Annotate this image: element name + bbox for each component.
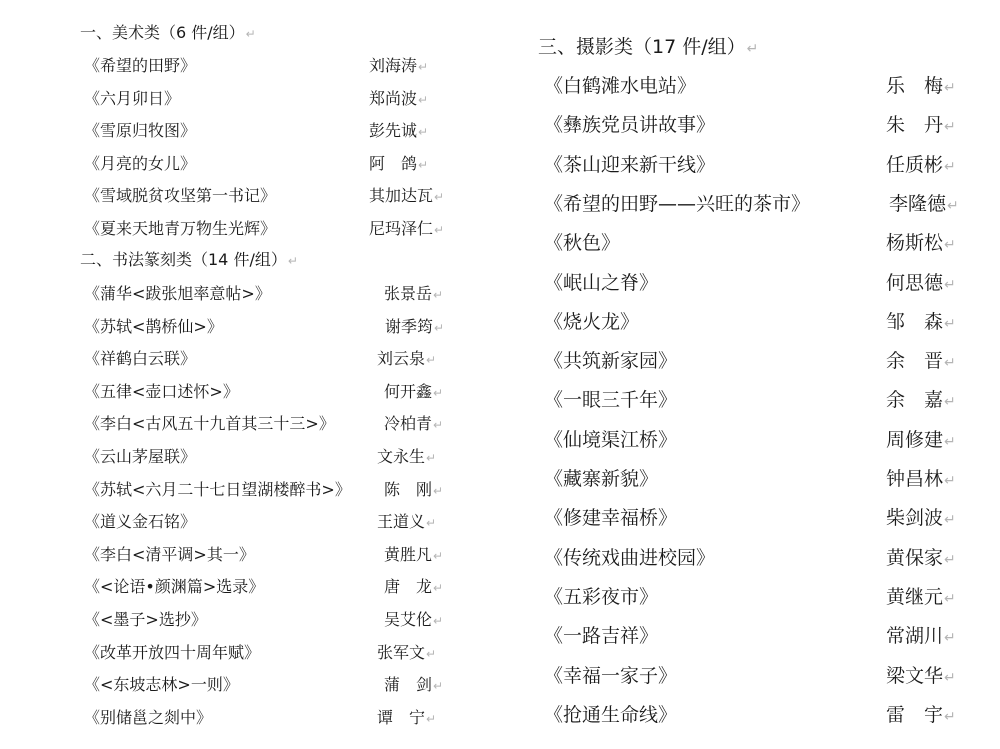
author-text: 周修建 <box>886 429 943 451</box>
paragraph-mark-icon: ↵ <box>433 614 443 628</box>
author-name: 谢季筠↵ <box>385 314 444 337</box>
paragraph-mark-icon: ↵ <box>944 119 956 135</box>
work-title: 《祥鹤白云联》 <box>84 346 196 369</box>
author-text: 彭先诚 <box>369 121 417 140</box>
author-text: 蒲 剑 <box>384 675 432 694</box>
paragraph-mark-icon: ↵ <box>944 159 956 175</box>
author-text: 朱 丹 <box>886 114 943 136</box>
author-text: 何开鑫 <box>384 382 432 401</box>
author-name: 余 晋↵ <box>886 346 956 373</box>
paragraph-mark-icon: ↵ <box>944 355 956 371</box>
work-title: 《李白<清平调>其一》 <box>84 542 255 565</box>
author-text: 吴艾伦 <box>384 610 432 629</box>
paragraph-mark-icon: ↵ <box>426 516 436 530</box>
author-name: 吴艾伦↵ <box>384 607 443 630</box>
paragraph-mark-icon: ↵ <box>418 158 428 172</box>
author-text: 张军文 <box>377 643 425 662</box>
section-heading-art: 一、美术类（6 件/组）↵ <box>80 20 256 43</box>
author-text: 文永生 <box>377 447 425 466</box>
work-title: 《道义金石铭》 <box>84 509 196 532</box>
paragraph-mark-icon: ↵ <box>944 552 956 568</box>
paragraph-mark-icon: ↵ <box>434 223 444 237</box>
author-text: 刘云泉 <box>377 349 425 368</box>
work-title: 《共筑新家园》 <box>544 346 677 373</box>
author-text: 阿 鸽 <box>369 154 417 173</box>
work-title: 《传统戏曲进校园》 <box>544 543 715 570</box>
section-heading-text: 一、美术类（6 件/组） <box>80 23 245 42</box>
author-name: 彭先诚↵ <box>369 118 428 141</box>
author-text: 陈 刚 <box>384 480 432 499</box>
paragraph-mark-icon: ↵ <box>246 27 256 41</box>
paragraph-mark-icon: ↵ <box>426 353 436 367</box>
work-title: 《抢通生命线》 <box>544 700 677 727</box>
author-name: 黄保家↵ <box>886 543 956 570</box>
author-name: 张景岳↵ <box>384 281 443 304</box>
author-name: 黄继元↵ <box>886 582 956 609</box>
author-text: 柴剑波 <box>886 507 943 529</box>
author-name: 常湖川↵ <box>886 621 956 648</box>
author-name: 钟昌林↵ <box>886 464 956 491</box>
work-title: 《别储邕之剡中》 <box>84 705 212 728</box>
work-title: 《雪域脱贫攻坚第一书记》 <box>84 183 276 206</box>
work-title: 《希望的田野》 <box>84 53 196 76</box>
work-title: 《秋色》 <box>544 228 620 255</box>
author-name: 黄胜凡↵ <box>384 542 443 565</box>
paragraph-mark-icon: ↵ <box>433 679 443 693</box>
work-title: 《六月卯日》 <box>84 86 180 109</box>
author-text: 雷 宇 <box>886 704 943 726</box>
author-name: 朱 丹↵ <box>886 110 956 137</box>
work-title: 《五律<壶口述怀>》 <box>84 379 239 402</box>
work-title: 《一眼三千年》 <box>544 385 677 412</box>
author-name: 柴剑波↵ <box>886 503 956 530</box>
paragraph-mark-icon: ↵ <box>433 581 443 595</box>
work-title: 《李白<古风五十九首其三十三>》 <box>84 411 335 434</box>
paragraph-mark-icon: ↵ <box>944 670 956 686</box>
work-title: 《岷山之脊》 <box>544 268 658 295</box>
author-text: 黄继元 <box>886 586 943 608</box>
author-text: 唐 龙 <box>384 577 432 596</box>
section-heading-photography: 三、摄影类（17 件/组）↵ <box>538 32 758 59</box>
author-name: 乐 梅↵ <box>886 71 956 98</box>
paragraph-mark-icon: ↵ <box>944 394 956 410</box>
paragraph-mark-icon: ↵ <box>944 473 956 489</box>
author-name: 余 嘉↵ <box>886 385 956 412</box>
author-name: 冷柏青↵ <box>384 411 443 434</box>
author-text: 张景岳 <box>384 284 432 303</box>
author-name: 郑尚波↵ <box>369 86 428 109</box>
author-text: 黄保家 <box>886 547 943 569</box>
author-name: 刘海涛↵ <box>369 53 428 76</box>
author-name: 尼玛泽仁↵ <box>369 216 444 239</box>
author-text: 钟昌林 <box>886 468 943 490</box>
paragraph-mark-icon: ↵ <box>433 386 443 400</box>
author-name: 雷 宇↵ <box>886 700 956 727</box>
author-text: 谢季筠 <box>385 317 433 336</box>
work-title: 《白鹤滩水电站》 <box>544 71 696 98</box>
paragraph-mark-icon: ↵ <box>944 512 956 528</box>
work-title: 《云山茅屋联》 <box>84 444 196 467</box>
author-text: 冷柏青 <box>384 414 432 433</box>
author-text: 郑尚波 <box>369 89 417 108</box>
author-text: 余 嘉 <box>886 389 943 411</box>
work-title: 《一路吉祥》 <box>544 621 658 648</box>
author-name: 杨斯松↵ <box>886 228 956 255</box>
paragraph-mark-icon: ↵ <box>418 125 428 139</box>
author-name: 文永生↵ <box>377 444 436 467</box>
section-heading-calligraphy: 二、书法篆刻类（14 件/组）↵ <box>80 247 298 270</box>
author-text: 常湖川 <box>886 625 943 647</box>
author-name: 何思德↵ <box>886 268 956 295</box>
author-name: 王道义↵ <box>377 509 436 532</box>
work-title: 《仙境渠江桥》 <box>544 425 677 452</box>
paragraph-mark-icon: ↵ <box>747 41 759 57</box>
work-title: 《藏寨新貌》 <box>544 464 658 491</box>
author-name: 蒲 剑↵ <box>384 672 443 695</box>
work-title: 《修建幸福桥》 <box>544 503 677 530</box>
work-title: 《五彩夜市》 <box>544 582 658 609</box>
author-name: 邹 森↵ <box>886 307 956 334</box>
paragraph-mark-icon: ↵ <box>947 198 959 214</box>
author-name: 陈 刚↵ <box>384 477 443 500</box>
author-name: 唐 龙↵ <box>384 574 443 597</box>
author-text: 尼玛泽仁 <box>369 219 433 238</box>
author-text: 乐 梅 <box>886 75 943 97</box>
author-text: 刘海涛 <box>369 56 417 75</box>
author-name: 梁文华↵ <box>886 661 956 688</box>
paragraph-mark-icon: ↵ <box>944 709 956 725</box>
paragraph-mark-icon: ↵ <box>433 418 443 432</box>
paragraph-mark-icon: ↵ <box>944 316 956 332</box>
work-title: 《彝族党员讲故事》 <box>544 110 715 137</box>
work-title: 《改革开放四十周年赋》 <box>84 640 260 663</box>
paragraph-mark-icon: ↵ <box>433 288 443 302</box>
author-text: 王道义 <box>377 512 425 531</box>
work-title: 《蒲华<跋张旭率意帖>》 <box>84 281 271 304</box>
work-title: 《烧火龙》 <box>544 307 639 334</box>
author-text: 黄胜凡 <box>384 545 432 564</box>
author-text: 何思德 <box>886 272 943 294</box>
paragraph-mark-icon: ↵ <box>288 254 298 268</box>
paragraph-mark-icon: ↵ <box>434 321 444 335</box>
author-text: 余 晋 <box>886 350 943 372</box>
author-name: 周修建↵ <box>886 425 956 452</box>
author-text: 任质彬 <box>886 154 943 176</box>
author-text: 李隆德 <box>889 193 946 215</box>
author-text: 其加达瓦 <box>369 186 433 205</box>
paragraph-mark-icon: ↵ <box>944 237 956 253</box>
author-text: 谭 宁 <box>377 708 425 727</box>
paragraph-mark-icon: ↵ <box>944 277 956 293</box>
author-name: 张军文↵ <box>377 640 436 663</box>
author-name: 刘云泉↵ <box>377 346 436 369</box>
work-title: 《苏轼<鹊桥仙>》 <box>84 314 223 337</box>
paragraph-mark-icon: ↵ <box>426 451 436 465</box>
author-name: 任质彬↵ <box>886 150 956 177</box>
author-text: 杨斯松 <box>886 232 943 254</box>
author-text: 邹 森 <box>886 311 943 333</box>
paragraph-mark-icon: ↵ <box>418 93 428 107</box>
author-text: 梁文华 <box>886 665 943 687</box>
work-title: 《幸福一家子》 <box>544 661 677 688</box>
work-title: 《茶山迎来新干线》 <box>544 150 715 177</box>
paragraph-mark-icon: ↵ <box>433 484 443 498</box>
author-name: 谭 宁↵ <box>377 705 436 728</box>
work-title: 《夏来天地青万物生光辉》 <box>84 216 276 239</box>
paragraph-mark-icon: ↵ <box>426 712 436 726</box>
author-name: 阿 鸽↵ <box>369 151 428 174</box>
paragraph-mark-icon: ↵ <box>433 549 443 563</box>
work-title: 《<东坡志林>一则》 <box>84 672 239 695</box>
work-title: 《苏轼<六月二十七日望湖楼醉书>》 <box>84 477 351 500</box>
author-name: 其加达瓦↵ <box>369 183 444 206</box>
work-title: 《<论语•颜渊篇>选录》 <box>84 574 264 597</box>
paragraph-mark-icon: ↵ <box>418 60 428 74</box>
paragraph-mark-icon: ↵ <box>944 630 956 646</box>
section-heading-text: 二、书法篆刻类（14 件/组） <box>80 250 287 269</box>
paragraph-mark-icon: ↵ <box>944 591 956 607</box>
work-title: 《<墨子>选抄》 <box>84 607 207 630</box>
paragraph-mark-icon: ↵ <box>426 647 436 661</box>
work-title: 《雪原归牧图》 <box>84 118 196 141</box>
paragraph-mark-icon: ↵ <box>434 190 444 204</box>
author-name: 何开鑫↵ <box>384 379 443 402</box>
work-title: 《希望的田野——兴旺的茶市》 <box>544 189 810 216</box>
section-heading-text: 三、摄影类（17 件/组） <box>538 36 746 58</box>
paragraph-mark-icon: ↵ <box>944 80 956 96</box>
work-title: 《月亮的女儿》 <box>84 151 196 174</box>
author-name: 李隆德↵ <box>889 189 959 216</box>
paragraph-mark-icon: ↵ <box>944 434 956 450</box>
